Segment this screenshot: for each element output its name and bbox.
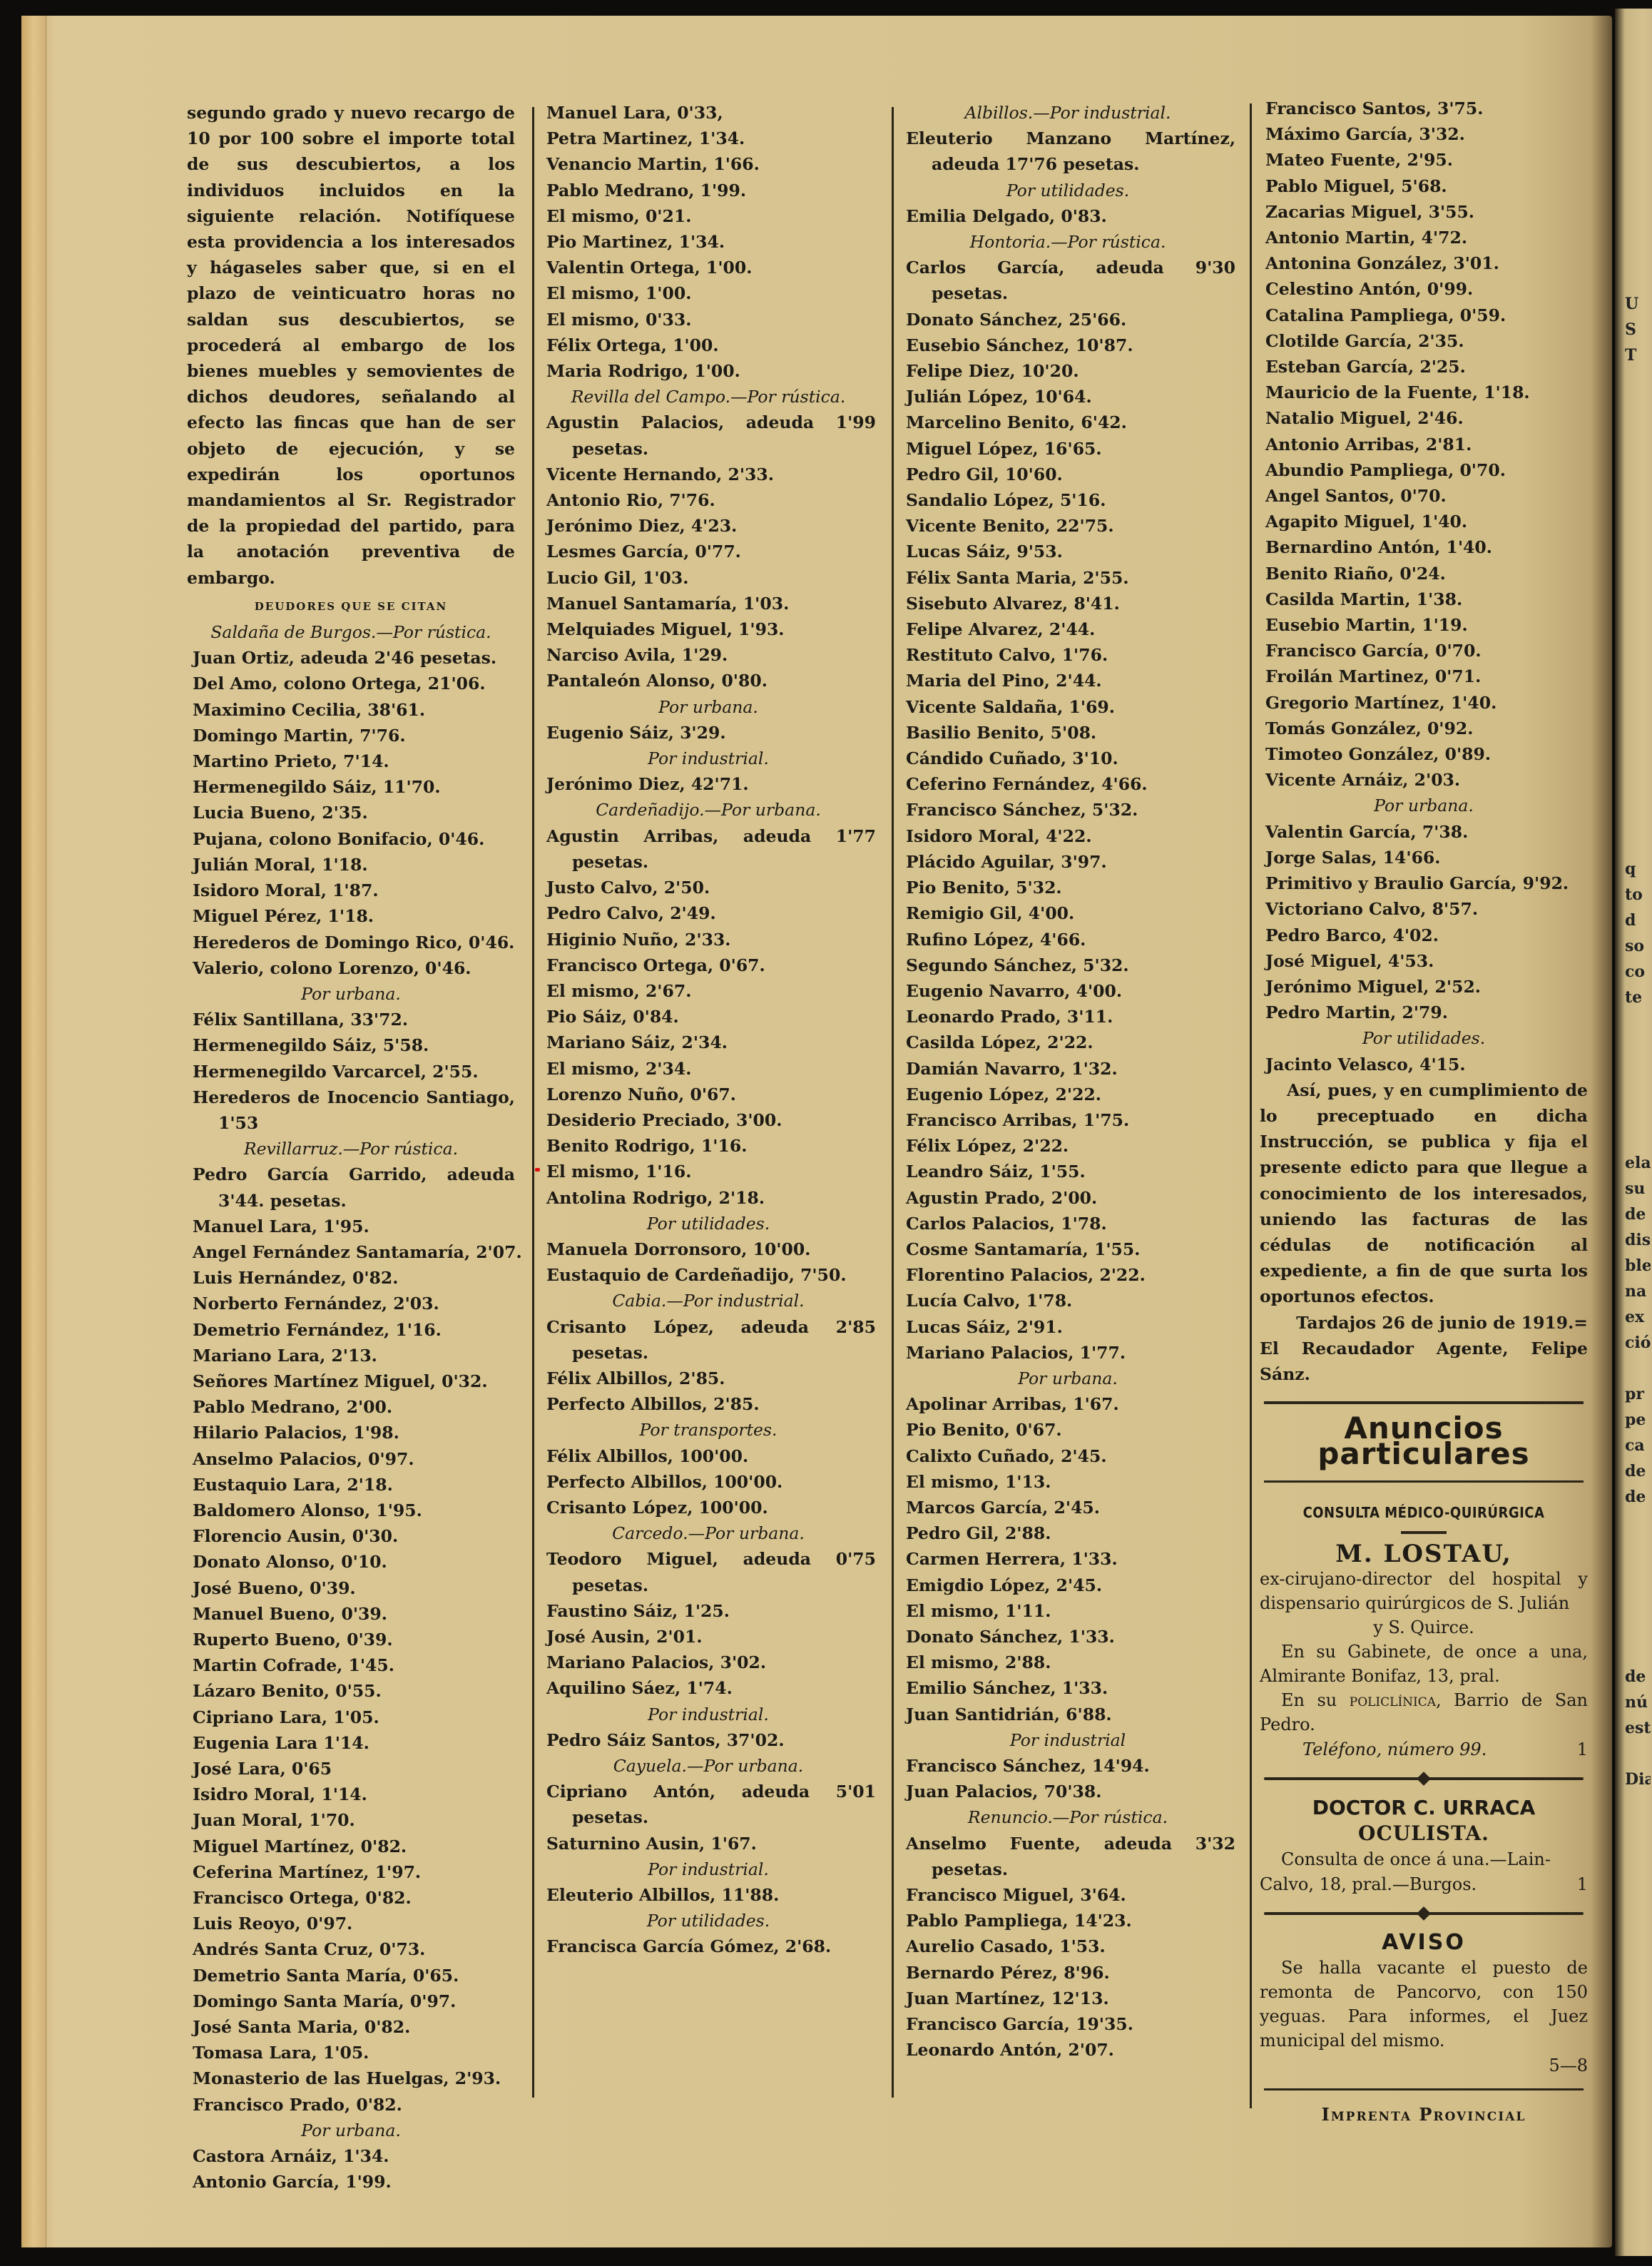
ad-doctor-name: DOCTOR C. URRACA	[1260, 1795, 1588, 1821]
debtor-entry: Francisco Santos, 3'75.	[1260, 96, 1588, 121]
debtor-entry: Hermenegildo Sáiz, 5'58.	[187, 1032, 515, 1058]
ad-lostau: CONSULTA MÉDICO-QUIRÚRGICA M. LOSTAU, ex…	[1260, 1500, 1588, 1763]
debtor-entry: Castora Arnáiz, 1'34.	[187, 2143, 515, 2169]
ad-kicker: CONSULTA MÉDICO-QUIRÚRGICA	[1260, 1500, 1588, 1525]
debtor-entry: Mauricio de la Fuente, 1'18.	[1260, 380, 1588, 405]
debtor-entry: Francisco García, 19'35.	[900, 2011, 1235, 2037]
debtor-entry: Félix Santa Maria, 2'55.	[900, 565, 1235, 591]
signature-line: El Recaudador Agente, Felipe Sánz.	[1260, 1336, 1588, 1387]
debtor-entry: Eustaquio Lara, 2'18.	[187, 1472, 515, 1498]
debtor-entry: Pablo Medrano, 1'99.	[541, 178, 876, 203]
ad-specialty: OCULISTA.	[1260, 1821, 1588, 1846]
debtor-entry: Saturnino Ausin, 1'67.	[541, 1831, 876, 1856]
debtor-entry: Isidro Moral, 1'14.	[187, 1782, 515, 1807]
section-heading: Revilla del Campo.—Por rústica.	[541, 384, 876, 410]
debtor-entry: Herederos de Domingo Rico, 0'46.	[187, 930, 515, 955]
debtor-entry: Pedro Barco, 4'02.	[1260, 923, 1588, 948]
debtor-entry: Benito Rodrigo, 1'16.	[541, 1133, 876, 1159]
debtor-entry: Eusebio Sánchez, 10'87.	[900, 332, 1235, 358]
debtor-entry: Demetrio Santa María, 0'65.	[187, 1963, 515, 1988]
debtor-entry: José Ausin, 2'01.	[541, 1624, 876, 1650]
debtor-entry: Pedro Calvo, 2'49.	[541, 900, 876, 926]
debtor-entry: José Lara, 0'65	[187, 1756, 515, 1782]
debtor-entry: El mismo, 1'00.	[541, 280, 876, 306]
debtor-entry: Donato Sánchez, 1'33.	[900, 1624, 1235, 1650]
section-heading: Por urbana.	[187, 2118, 515, 2143]
debtor-entry: Ruperto Bueno, 0'39.	[187, 1627, 515, 1652]
debtor-entry: Juan Ortiz, adeuda 2'46 pesetas.	[187, 645, 515, 671]
debtor-entry: Francisco Sánchez, 14'94.	[900, 1753, 1235, 1779]
debtor-entry: Vicente Arnáiz, 2'03.	[1260, 767, 1588, 793]
debtor-entry: Cipriano Lara, 1'05.	[187, 1704, 515, 1730]
debtor-entry: El mismo, 0'21.	[541, 203, 876, 229]
section-heading: Por utilidades.	[541, 1211, 876, 1236]
debtor-entry: Emilia Delgado, 0'83.	[900, 203, 1235, 229]
debtor-entry: Pujana, colono Bonifacio, 0'46.	[187, 826, 515, 852]
debtor-entry: Calixto Cuñado, 2'45.	[900, 1443, 1235, 1469]
debtor-entry: Luis Reoyo, 0'97.	[187, 1911, 515, 1936]
debtor-entry: Julián López, 10'64.	[900, 384, 1235, 410]
debtor-entry: Leonardo Prado, 3'11.	[900, 1004, 1235, 1030]
debtor-entry: Martin Cofrade, 1'45.	[187, 1652, 515, 1678]
debtor-entry: Aurelio Casado, 1'53.	[900, 1934, 1235, 1959]
debtor-entry: Marcelino Benito, 6'42.	[900, 410, 1235, 435]
debtor-entry: Eustaquio de Cardeñadijo, 7'50.	[541, 1262, 876, 1288]
aviso-title: AVISO	[1260, 1930, 1588, 1956]
ornamental-divider	[1264, 1909, 1584, 1919]
ad-telephone: Teléfono, número 99.	[1260, 1737, 1487, 1762]
debtor-entry: Desiderio Preciado, 3'00.	[541, 1107, 876, 1133]
debtor-entry: El mismo, 2'88.	[900, 1650, 1235, 1675]
debtor-entry: Angel Fernández Santamaría, 2'07.	[187, 1239, 515, 1265]
debtor-entry: Sisebuto Alvarez, 8'41.	[900, 591, 1235, 616]
debtor-entry: Casilda López, 2'22.	[900, 1030, 1235, 1055]
debtor-entry: Pio Sáiz, 0'84.	[541, 1004, 876, 1030]
debtor-entry: Eleuterio Albillos, 11'88.	[541, 1882, 876, 1908]
debtor-entry: Ceferina Martínez, 1'97.	[187, 1859, 515, 1885]
debtor-entry: Hilario Palacios, 1'98.	[187, 1420, 515, 1446]
debtor-entry: Gregorio Martínez, 1'40.	[1260, 690, 1588, 716]
debtor-entry: Jerónimo Diez, 42'71.	[541, 771, 876, 797]
debtor-entry: Francisco García, 0'70.	[1260, 638, 1588, 664]
ad-ref: 1	[1577, 1737, 1588, 1762]
ad-description-2: y S. Quirce.	[1260, 1615, 1588, 1640]
debtor-entry: Eugenio López, 2'22.	[900, 1082, 1235, 1107]
debtor-entry: Damián Navarro, 1'32.	[900, 1056, 1235, 1082]
section-heading: Hontoria.—Por rústica.	[900, 229, 1235, 255]
column-4: Francisco Santos, 3'75.Máximo García, 3'…	[1260, 96, 1588, 2128]
debtor-entry: Froilán Martinez, 0'71.	[1260, 664, 1588, 689]
debtor-entry: Lucas Sáiz, 9'53.	[900, 539, 1235, 564]
debtor-entry: Juan Moral, 1'70.	[187, 1807, 515, 1833]
debtor-entry: Eugenio Sáiz, 3'29.	[541, 720, 876, 746]
column-1: segundo grado y nuevo recargo de 10 por …	[187, 100, 515, 2195]
section-heading: Saldaña de Burgos.—Por rústica.	[187, 619, 515, 645]
debtor-entry: Maria del Pino, 2'44.	[900, 668, 1235, 693]
debtor-entry: José Bueno, 0'39.	[187, 1575, 515, 1601]
debtor-entry: Lucio Gil, 1'03.	[541, 565, 876, 591]
debtor-entry: Jerónimo Miguel, 2'52.	[1260, 974, 1588, 1000]
debtor-entry: Del Amo, colono Ortega, 21'06.	[187, 671, 515, 696]
debtor-entry: Antonio Martin, 4'72.	[1260, 225, 1588, 250]
section-heading: Por transportes.	[541, 1417, 876, 1443]
debtor-entry: Andrés Santa Cruz, 0'73.	[187, 1936, 515, 1962]
debtor-entry: Segundo Sánchez, 5'32.	[900, 952, 1235, 978]
debtor-entry: Hermenegildo Sáiz, 11'70.	[187, 774, 515, 800]
debtor-entry: Lesmes García, 0'77.	[541, 539, 876, 564]
debtor-entry: Lucas Sáiz, 2'91.	[900, 1314, 1235, 1340]
red-mark	[535, 1168, 540, 1172]
debtor-entry: Lucia Bueno, 2'35.	[187, 800, 515, 825]
debtor-entry: Juan Santidrián, 6'88.	[900, 1702, 1235, 1727]
debtor-entry: Maximino Cecilia, 38'61.	[187, 697, 515, 723]
debtor-entry: Mariano Palacios, 1'77.	[900, 1340, 1235, 1366]
debtor-entry: Perfecto Albillos, 2'85.	[541, 1391, 876, 1417]
debtor-entry: Clotilde García, 2'35.	[1260, 328, 1588, 354]
debtor-entry: Martino Prieto, 7'14.	[187, 748, 515, 774]
divider	[1264, 1401, 1584, 1404]
debtor-entry: Jerónimo Diez, 4'23.	[541, 513, 876, 539]
page-stack-edge	[21, 16, 46, 2247]
section-heading: Por urbana.	[187, 981, 515, 1007]
debtor-entry: Isidoro Moral, 1'87.	[187, 878, 515, 903]
debtor-entry: Apolinar Arribas, 1'67.	[900, 1391, 1235, 1417]
debtor-entry: Juan Palacios, 70'38.	[900, 1779, 1235, 1804]
debtor-entry: Félix Albillos, 2'85.	[541, 1366, 876, 1391]
debtor-entry: Bernardo Pérez, 8'96.	[900, 1960, 1235, 1986]
debtor-entry: Manuela Dorronsoro, 10'00.	[541, 1236, 876, 1262]
column-rule-3	[1250, 103, 1252, 2108]
debtor-entry: Antonio Arribas, 2'81.	[1260, 432, 1588, 457]
debtor-entry: Ceferino Fernández, 4'66.	[900, 771, 1235, 797]
debtor-entry: Narciso Avila, 1'29.	[541, 642, 876, 668]
debtor-entry: Manuel Lara, 1'95.	[187, 1214, 515, 1239]
debtor-entry: Petra Martinez, 1'34.	[541, 126, 876, 151]
ads-heading: Anuncios particulares	[1260, 1416, 1588, 1467]
debtor-entry: Celestino Antón, 0'99.	[1260, 276, 1588, 302]
debtor-entry: Marcos García, 2'45.	[900, 1495, 1235, 1520]
debtor-entry: Benito Riaño, 0'24.	[1260, 561, 1588, 586]
debtor-entry: Herederos de Inocencio Santiago, 1'53	[187, 1084, 515, 1136]
ad-address: Calvo, 18, pral.—Burgos.	[1260, 1871, 1477, 1897]
ad-gabinete: En su Gabinete, de once a una, Almirante…	[1260, 1640, 1588, 1688]
debtor-entry: Anselmo Palacios, 0'97.	[187, 1446, 515, 1472]
debtor-entry: Pedro Gil, 2'88.	[900, 1520, 1235, 1546]
column-rule-1	[532, 107, 534, 2098]
underline-ornament	[1401, 1531, 1447, 1534]
divider	[1264, 2088, 1584, 2090]
debtor-entry: José Miguel, 4'53.	[1260, 948, 1588, 974]
debtor-entry: Donato Sánchez, 25'66.	[900, 307, 1235, 332]
ad-ref: 1	[1577, 1871, 1588, 1897]
debtor-entry: Natalio Miguel, 2'46.	[1260, 405, 1588, 431]
debtor-entry: Máximo García, 3'32.	[1260, 121, 1588, 147]
debtor-entry: Teodoro Miguel, adeuda 0'75 pesetas.	[541, 1546, 876, 1597]
debtor-entry: Norberto Fernández, 2'03.	[187, 1291, 515, 1316]
debtor-entry: Félix Ortega, 1'00.	[541, 332, 876, 358]
debtor-entry: Pio Benito, 0'67.	[900, 1417, 1235, 1443]
section-heading: Por utilidades.	[1260, 1025, 1588, 1051]
section-heading: Por urbana.	[900, 1366, 1235, 1391]
section-heading: Por urbana.	[541, 694, 876, 720]
debtor-entry: Pablo Miguel, 5'68.	[1260, 173, 1588, 199]
fragment-top: U S T	[1625, 9, 1651, 368]
debtor-entry: Manuel Lara, 0'33,	[541, 100, 876, 126]
ad-aviso: AVISO Se halla vacante el puesto de remo…	[1260, 1930, 1588, 2078]
debtor-entry: Florentino Palacios, 2'22.	[900, 1262, 1235, 1288]
debtor-entry: Sandalio López, 5'16.	[900, 487, 1235, 513]
debtor-entry: Baldomero Alonso, 1'95.	[187, 1498, 515, 1523]
debtor-entry: Monasterio de las Huelgas, 2'93.	[187, 2066, 515, 2091]
debtor-entry: Cipriano Antón, adeuda 5'01 pesetas.	[541, 1779, 876, 1830]
debtor-entry: José Santa Maria, 0'82.	[187, 2014, 515, 2040]
debtor-entry: Lorenzo Nuño, 0'67.	[541, 1082, 876, 1107]
debtor-entry: El mismo, 1'13.	[900, 1469, 1235, 1495]
debtor-entry: Lucía Calvo, 1'78.	[900, 1288, 1235, 1314]
debtor-entry: Pedro Sáiz Santos, 37'02.	[541, 1727, 876, 1753]
section-heading: Por industrial	[900, 1727, 1235, 1753]
debtor-entry: Vicente Benito, 22'75.	[900, 513, 1235, 539]
debtor-entry: Catalina Pampliega, 0'59.	[1260, 303, 1588, 328]
debtor-entry: Pio Benito, 5'32.	[900, 875, 1235, 900]
debtor-entry: Felipe Diez, 10'20.	[900, 358, 1235, 384]
section-heading: Albillos.—Por industrial.	[900, 100, 1235, 126]
imprint: Imprenta Provincial	[1260, 2102, 1588, 2128]
debtor-entry: Tomasa Lara, 1'05.	[187, 2040, 515, 2066]
debtor-entry: Jacinto Velasco, 4'15.	[1260, 1052, 1588, 1077]
debtor-entry: Francisca García Gómez, 2'68.	[541, 1934, 876, 1959]
debtor-entry: Antonina González, 3'01.	[1260, 250, 1588, 276]
debtor-entry: Juan Martínez, 12'13.	[900, 1986, 1235, 2011]
closing-paragraph: Así, pues, y en cumplimiento de lo prece…	[1260, 1077, 1588, 1310]
debtor-entry: Félix Albillos, 100'00.	[541, 1443, 876, 1469]
debtor-entry: Lázaro Benito, 0'55.	[187, 1678, 515, 1704]
section-heading: Renuncio.—Por rústica.	[900, 1804, 1235, 1830]
debtor-entry: Francisco Miguel, 3'64.	[900, 1882, 1235, 1908]
debtor-entry: Eugenia Lara 1'14.	[187, 1730, 515, 1756]
debtor-entry: Señores Martínez Miguel, 0'32.	[187, 1368, 515, 1394]
section-heading: Cayuela.—Por urbana.	[541, 1753, 876, 1779]
date-line: Tardajos 26 de junio de 1919.=	[1260, 1310, 1588, 1336]
debtor-entry: Esteban García, 2'25.	[1260, 354, 1588, 380]
debtor-entry: Hermenegildo Varcarcel, 2'55.	[187, 1059, 515, 1084]
ad-description: ex-cirujano-director del hospital y disp…	[1260, 1567, 1588, 1615]
debtor-entry: Antonio Rio, 7'76.	[541, 487, 876, 513]
column4-sections: Francisco Santos, 3'75.Máximo García, 3'…	[1260, 96, 1588, 1077]
debtor-entry: Agustin Arribas, adeuda 1'77 pesetas.	[541, 823, 876, 875]
aviso-text: Se halla vacante el puesto de remonta de…	[1260, 1956, 1588, 2053]
debtor-entry: Angel Santos, 0'70.	[1260, 483, 1588, 509]
debtor-entry: Pio Martinez, 1'34.	[541, 229, 876, 255]
debtor-entry: Anselmo Fuente, adeuda 3'32 pesetas.	[900, 1831, 1235, 1882]
debtor-entry: Emigdio López, 2'45.	[900, 1573, 1235, 1598]
section-heading: Por industrial.	[541, 1856, 876, 1882]
debtor-entry: Mariano Lara, 2'13.	[187, 1343, 515, 1368]
debtor-entry: Higinio Nuño, 2'33.	[541, 927, 876, 952]
column1-sections: Saldaña de Burgos.—Por rústica.Juan Orti…	[187, 619, 515, 2195]
debtor-entry: Mateo Fuente, 2'95.	[1260, 147, 1588, 173]
debtor-entry: Restituto Calvo, 1'76.	[900, 642, 1235, 668]
adjacent-page-strip: U S T q to d so co te ela su de dis ble …	[1615, 9, 1652, 2256]
debtor-entry: Francisco Ortega, 0'82.	[187, 1885, 515, 1911]
ad-address-row: Calvo, 18, pral.—Burgos. 1	[1260, 1871, 1588, 1897]
fragment-bottom: de nú est Dias..	[1625, 1664, 1651, 1792]
debtor-entry: Vicente Hernando, 2'33.	[541, 462, 876, 487]
debtor-entry: Felipe Alvarez, 2'44.	[900, 616, 1235, 642]
section-heading: Por urbana.	[1260, 793, 1588, 818]
debtor-entry: Maria Rodrigo, 1'00.	[541, 358, 876, 384]
column2-sections: Manuel Lara, 0'33,Petra Martinez, 1'34.V…	[541, 100, 876, 1960]
ad-policlinica: En su policlínica, Barrio de San Pedro.	[1260, 1688, 1588, 1737]
divider	[1264, 1480, 1584, 1483]
debtor-entry: Julián Moral, 1'18.	[187, 852, 515, 878]
debtor-entry: Pedro García Garrido, adeuda 3'44. peset…	[187, 1162, 515, 1213]
debtor-entry: Zacarias Miguel, 3'55.	[1260, 199, 1588, 225]
debtor-entry: Francisco Arribas, 1'75.	[900, 1107, 1235, 1133]
ad-hours: Consulta de once á una.—Lain-	[1260, 1847, 1588, 1871]
debtor-entry: Melquiades Miguel, 1'93.	[541, 616, 876, 642]
debtor-entry: Emilio Sánchez, 1'33.	[900, 1675, 1235, 1701]
debtor-entry: Francisco Sánchez, 5'32.	[900, 797, 1235, 823]
debtor-entry: Pedro Gil, 10'60.	[900, 462, 1235, 487]
debtor-entry: Manuel Bueno, 0'39.	[187, 1601, 515, 1627]
debtor-entry: Cándido Cuñado, 3'10.	[900, 746, 1235, 771]
debtor-entry: Primitivo y Braulio García, 9'92.	[1260, 870, 1588, 896]
aviso-ref-row: 5—8	[1260, 2053, 1588, 2078]
debtor-entry: Tomás González, 0'92.	[1260, 716, 1588, 741]
debtor-entry: Abundio Pampliega, 0'70.	[1260, 457, 1588, 483]
debtor-entry: Domingo Martin, 7'76.	[187, 723, 515, 748]
debtor-entry: Mariano Sáiz, 2'34.	[541, 1030, 876, 1055]
debtor-entry: Vicente Saldaña, 1'69.	[900, 694, 1235, 720]
debtor-entry: Eleuterio Manzano Martínez, adeuda 17'76…	[900, 126, 1235, 177]
debtor-entry: Basilio Benito, 5'08.	[900, 720, 1235, 746]
debtor-entry: El mismo, 2'67.	[541, 978, 876, 1004]
debtor-entry: Casilda Martin, 1'38.	[1260, 586, 1588, 612]
debtor-entry: Donato Alonso, 0'10.	[187, 1549, 515, 1575]
debtor-entry: Agustin Prado, 2'00.	[900, 1185, 1235, 1211]
debtor-entry: Eugenio Navarro, 4'00.	[900, 978, 1235, 1004]
debtor-entry: Plácido Aguilar, 3'97.	[900, 849, 1235, 875]
debtor-entry: Francisco Prado, 0'82.	[187, 2092, 515, 2118]
debtor-entry: Mariano Palacios, 3'02.	[541, 1650, 876, 1675]
debtor-entry: Leonardo Antón, 2'07.	[900, 2037, 1235, 2063]
debtor-entry: Francisco Ortega, 0'67.	[541, 952, 876, 978]
debtor-entry: Miguel Martínez, 0'82.	[187, 1834, 515, 1859]
debtor-entry: Aquilino Sáez, 1'74.	[541, 1675, 876, 1701]
debtor-entry: Agustin Palacios, adeuda 1'99 pesetas.	[541, 410, 876, 461]
section-heading: Carcedo.—Por urbana.	[541, 1520, 876, 1546]
section-heading: Por utilidades.	[541, 1908, 876, 1934]
debtor-entry: Domingo Santa María, 0'97.	[187, 1988, 515, 2014]
debtor-entry: Pablo Pampliega, 14'23.	[900, 1908, 1235, 1934]
intro-paragraph: segundo grado y nuevo recargo de 10 por …	[187, 100, 515, 591]
ad-doctor-name: M. LOSTAU,	[1260, 1541, 1588, 1567]
debtor-entry: Pedro Martin, 2'79.	[1260, 1000, 1588, 1025]
column-2: Manuel Lara, 0'33,Petra Martinez, 1'34.V…	[541, 100, 876, 1960]
column-3: Albillos.—Por industrial.Eleuterio Manza…	[900, 100, 1235, 2063]
debtors-heading: DEUDORES QUE SE CITAN	[187, 594, 515, 619]
debtor-entry: Faustino Sáiz, 1'25.	[541, 1598, 876, 1624]
ad-ref: 5—8	[1549, 2053, 1588, 2078]
debtor-entry: Miguel Pérez, 1'18.	[187, 903, 515, 929]
debtor-entry: Luis Hernández, 0'82.	[187, 1265, 515, 1291]
section-heading: Revillarruz.—Por rústica.	[187, 1136, 515, 1162]
debtor-entry: Carlos Palacios, 1'78.	[900, 1211, 1235, 1236]
debtor-entry: Eusebio Martin, 1'19.	[1260, 612, 1588, 638]
fragment-middle: q to d so co te	[1625, 856, 1651, 1010]
debtor-entry: Valentin García, 7'38.	[1260, 819, 1588, 845]
debtor-entry: Crisanto López, adeuda 2'85 pesetas.	[541, 1314, 876, 1366]
ad-urraca: DOCTOR C. URRACA OCULISTA. Consulta de o…	[1260, 1795, 1588, 1897]
debtor-entry: Pablo Medrano, 2'00.	[187, 1394, 515, 1420]
debtor-entry: Timoteo González, 0'89.	[1260, 741, 1588, 767]
debtor-entry: Manuel Santamaría, 1'03.	[541, 591, 876, 616]
debtor-entry: Bernardino Antón, 1'40.	[1260, 534, 1588, 560]
debtor-entry: Valerio, colono Lorenzo, 0'46.	[187, 955, 515, 981]
debtor-entry: Agapito Miguel, 1'40.	[1260, 509, 1588, 534]
debtor-entry: Jorge Salas, 14'66.	[1260, 845, 1588, 870]
section-heading: Cabia.—Por industrial.	[541, 1288, 876, 1314]
debtor-entry: Justo Calvo, 2'50.	[541, 875, 876, 900]
column3-sections: Albillos.—Por industrial.Eleuterio Manza…	[900, 100, 1235, 2063]
debtor-entry: Victoriano Calvo, 8'57.	[1260, 896, 1588, 922]
debtor-entry: El mismo, 0'33.	[541, 307, 876, 332]
debtor-entry: Demetrio Fernández, 1'16.	[187, 1317, 515, 1343]
section-heading: Por utilidades.	[900, 178, 1235, 203]
debtor-entry: Cosme Santamaría, 1'55.	[900, 1236, 1235, 1262]
column-rule-2	[892, 107, 894, 2098]
debtor-entry: Rufino López, 4'66.	[900, 927, 1235, 952]
debtor-entry: El mismo, 1'16.	[541, 1159, 876, 1184]
debtor-entry: Florencio Ausin, 0'30.	[187, 1523, 515, 1549]
debtor-entry: Isidoro Moral, 4'22.	[900, 823, 1235, 849]
debtor-entry: Remigio Gil, 4'00.	[900, 900, 1235, 926]
ornamental-divider	[1264, 1774, 1584, 1784]
debtor-entry: Miguel López, 16'65.	[900, 436, 1235, 462]
debtor-entry: Perfecto Albillos, 100'00.	[541, 1469, 876, 1495]
debtor-entry: Carmen Herrera, 1'33.	[900, 1546, 1235, 1572]
section-heading: Por industrial.	[541, 1702, 876, 1727]
fragment-lower: ela su de dis ble na ex ció pr pe ca de …	[1625, 1150, 1651, 1510]
section-heading: Cardeñadijo.—Por urbana.	[541, 797, 876, 823]
debtor-entry: Antonio García, 1'99.	[187, 2169, 515, 2195]
debtor-entry: Crisanto López, 100'00.	[541, 1495, 876, 1520]
debtor-entry: Pantaleón Alonso, 0'80.	[541, 668, 876, 693]
debtor-entry: Leandro Sáiz, 1'55.	[900, 1159, 1235, 1184]
debtor-entry: Antolina Rodrigo, 2'18.	[541, 1185, 876, 1211]
debtor-entry: Valentin Ortega, 1'00.	[541, 255, 876, 280]
debtor-entry: El mismo, 1'11.	[900, 1598, 1235, 1624]
debtor-entry: Venancio Martin, 1'66.	[541, 151, 876, 177]
debtor-entry: Carlos García, adeuda 9'30 pesetas.	[900, 255, 1235, 306]
debtor-entry: Félix Santillana, 33'72.	[187, 1007, 515, 1032]
ad-telephone-row: Teléfono, número 99. 1	[1260, 1737, 1588, 1762]
debtor-entry: Félix López, 2'22.	[900, 1133, 1235, 1159]
debtor-entry: El mismo, 2'34.	[541, 1056, 876, 1082]
section-heading: Por industrial.	[541, 746, 876, 771]
